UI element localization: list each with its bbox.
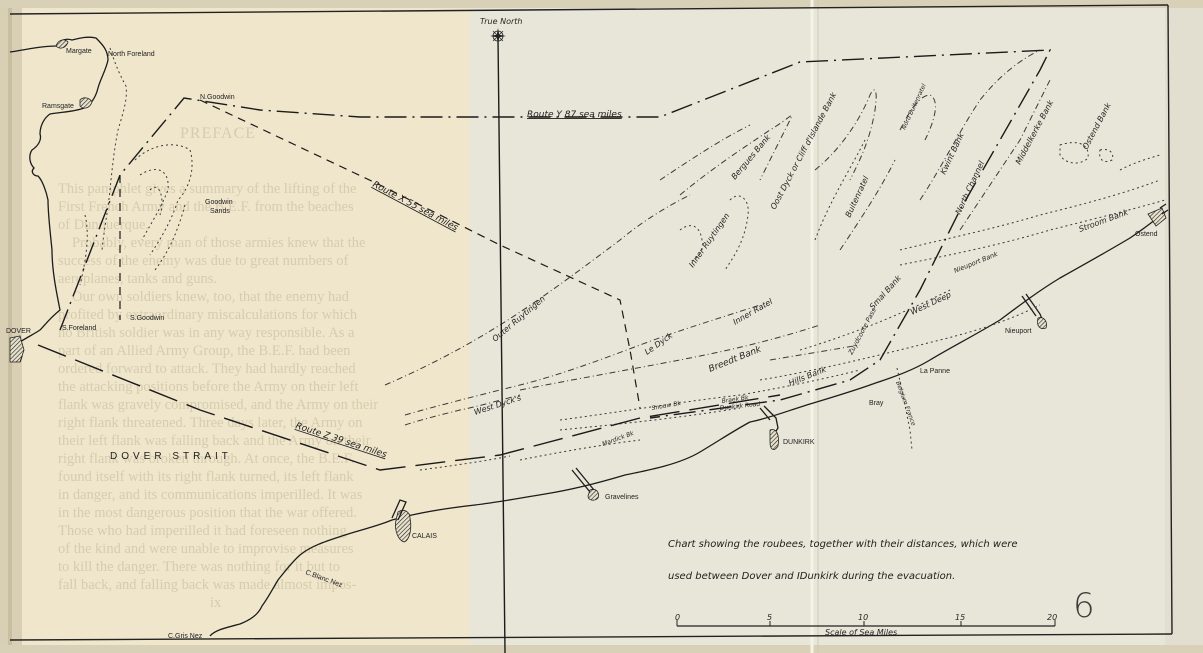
scale-tick-10: 10 [858, 613, 868, 622]
preface-line: Probably, every man of those armies knew… [72, 235, 365, 251]
preface-line: the attacking positions before the Army … [58, 379, 358, 395]
preface-line: aeroplanes, tanks and guns. [58, 271, 217, 287]
label-gravelines: Gravelines [605, 494, 639, 501]
scale-tick-20: 20 [1047, 613, 1057, 622]
preface-line: Those who had imperilled it had foreseen… [58, 523, 347, 539]
label-nieuport: Nieuport [1005, 328, 1032, 335]
label-la-panne: La Panne [920, 368, 950, 375]
preface-line: to kill the danger. There was nothing fo… [58, 559, 340, 575]
label-n-goodwin: N.Goodwin [200, 94, 235, 101]
evacuation-route-chart: PREFACE This pamphlet gives a summary of… [0, 0, 1203, 653]
sea-label-dover-strait: DOVER STRAIT [110, 451, 232, 462]
true-north-label: True North [480, 17, 522, 26]
preface-line: flank was gravely compromised, and the A… [58, 397, 378, 413]
scale-tick-5: 5 [767, 613, 772, 622]
label-s-goodwin: S.Goodwin [130, 315, 164, 322]
preface-line: This pamphlet gives a summary of the lif… [58, 181, 356, 197]
page-number: 6 [1073, 586, 1095, 626]
preface-line: part of an Allied Army Group, the B.E.F.… [58, 343, 351, 359]
label-dunkirk: DUNKIRK [783, 439, 815, 446]
scale-tick-15: 15 [955, 613, 965, 622]
caption-line-1: Chart showing the roubees, together with… [668, 539, 1017, 550]
label-calais: CALAIS [412, 533, 437, 540]
preface-folio: ix [210, 595, 222, 611]
preface-line: no British soldier was in any way respon… [58, 325, 355, 341]
preface-line: fall back, and falling back was made alm… [58, 577, 357, 593]
label-margate: Margate [66, 48, 92, 55]
preface-line: Our own soldiers knew, too, that the ene… [72, 289, 350, 305]
label-north-foreland: North Foreland [108, 51, 155, 58]
label-goodwin-sands-1: Goodwin [205, 199, 233, 206]
label-bray: Bray [869, 400, 884, 407]
label-ramsgate: Ramsgate [42, 103, 74, 110]
preface-line: found itself with its right flank turned… [58, 469, 354, 485]
preface-line: success of the enemy was due to great nu… [58, 253, 348, 269]
preface-line: ordered forward to attack. They had hard… [58, 361, 356, 377]
label-ostend: Ostend [1135, 231, 1158, 238]
preface-line: in the most dangerous position that the … [58, 505, 357, 521]
caption-line-2: used between Dover and IDunkirk during t… [668, 571, 955, 582]
preface-heading: PREFACE [180, 125, 256, 142]
preface-line: in danger, and its communications imperi… [58, 487, 363, 503]
preface-line: profited by extraordinary miscalculation… [58, 307, 358, 323]
label-dover: DOVER [6, 328, 31, 335]
scale-tick-0: 0 [675, 613, 680, 622]
label-s-foreland: S.Foreland [62, 325, 96, 332]
route-y-label: Route Y 87 sea miles [527, 110, 622, 120]
label-goodwin-sands-2: Sands [210, 208, 230, 215]
scale-label: Scale of Sea Miles [825, 628, 897, 637]
label-c-gris-nez: C.Gris Nez [168, 633, 203, 640]
